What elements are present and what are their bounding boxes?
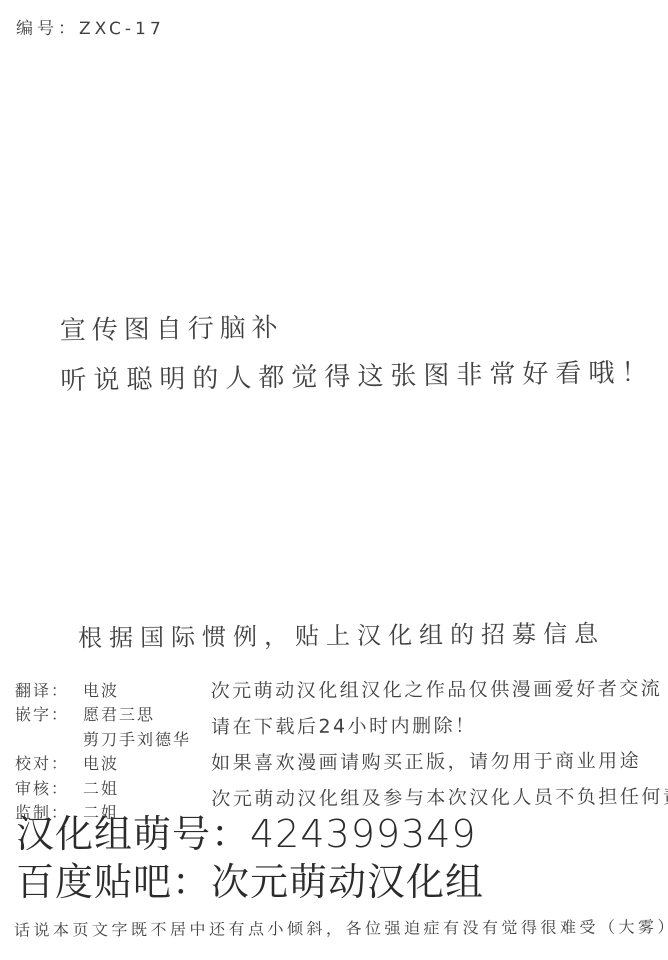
credit-name: 电波: [83, 678, 119, 701]
baidu-tieba-name: 百度贴吧：次元萌动汉化组: [16, 858, 484, 906]
disclaimer-line-2: 请在下载后24小时内删除！: [211, 707, 668, 746]
promo-note: 宣传图自行脑补 听说聪明的人都觉得这张图非常好看哦！: [59, 302, 654, 397]
credit-row-translator: 翻译： 电波: [15, 677, 191, 702]
serial-number: 编号：ZXC-17: [16, 14, 165, 40]
credit-row-typesetter: 嵌字： 愿君三思: [15, 702, 191, 727]
recruit-heading: 根据国际惯例，贴上汉化组的招募信息: [78, 614, 605, 654]
credit-role-label: 嵌字：: [15, 702, 83, 725]
promo-line-1: 宣传图自行脑补: [59, 302, 653, 347]
credit-row-reviewer: 审核： 二姐: [15, 775, 191, 800]
credit-name: 剪刀手刘德华: [83, 727, 191, 750]
promo-line-2: 听说聪明的人都觉得这张图非常好看哦！: [60, 352, 654, 397]
credit-name: 二姐: [83, 776, 119, 799]
credit-row-typesetter-2: 剪刀手刘德华: [15, 726, 191, 751]
footnote: 话说本页文字既不居中还有点小倾斜，各位强迫症有没有觉得很难受（大雾）: [14, 914, 668, 940]
credit-role-label: 翻译：: [15, 678, 83, 701]
credit-name: 电波: [83, 751, 119, 774]
qq-group-number: 汉化组萌号：424399349: [16, 810, 484, 858]
credit-role-label: 审核：: [15, 776, 83, 799]
credit-role-label: 校对：: [15, 751, 83, 774]
credit-name: 愿君三思: [83, 702, 155, 725]
disclaimer-line-3: 如果喜欢漫画请购买正版，请勿用于商业用途: [211, 743, 668, 782]
credit-row-proofreader: 校对： 电波: [15, 751, 191, 776]
scanlation-credits-page: 编号：ZXC-17 宣传图自行脑补 听说聪明的人都觉得这张图非常好看哦！ 根据国…: [0, 0, 668, 960]
disclaimer-line-1: 次元萌动汉化组汉化之作品仅供漫画爱好者交流: [211, 671, 668, 710]
credits-list: 翻译： 电波 嵌字： 愿君三思 剪刀手刘德华 校对： 电波 审核： 二姐 监制：…: [15, 677, 191, 824]
disclaimer-block: 次元萌动汉化组汉化之作品仅供漫画爱好者交流 请在下载后24小时内删除！ 如果喜欢…: [211, 671, 668, 818]
contact-block: 汉化组萌号：424399349 百度贴吧：次元萌动汉化组: [16, 810, 484, 906]
